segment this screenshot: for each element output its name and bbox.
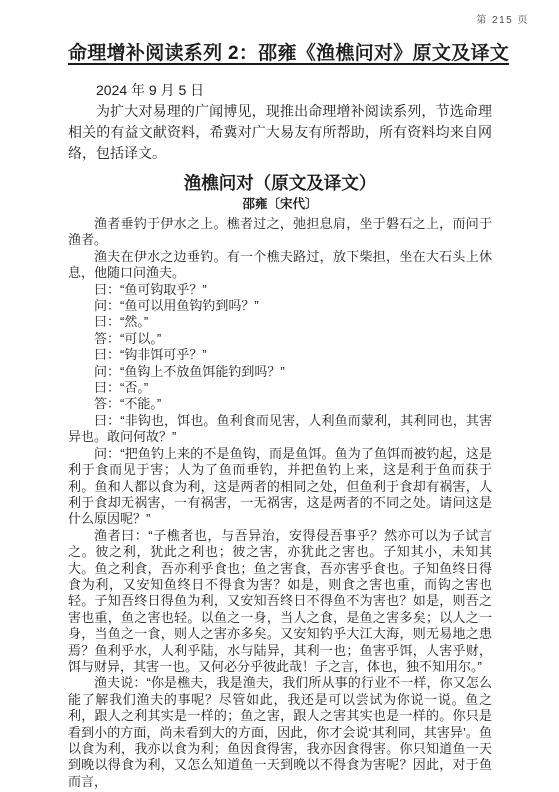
article-paragraph: 渔者曰：“子樵者也，与吾异治，安得侵吾事乎？然亦可以为子试言之。彼之利，犹此之利…: [68, 528, 492, 676]
article-paragraph: 曰：“否。”: [68, 380, 492, 396]
document-page: 命理增补阅读系列 2：邵雍《渔樵问对》原文及译文 2024 年 9 月 5 日 …: [0, 41, 559, 790]
article-paragraph: 问：“鱼钩上不放鱼饵能钓到吗？”: [68, 364, 492, 380]
page-number: 第 215 页: [476, 11, 529, 26]
article-title: 渔樵问对（原文及译文）: [68, 171, 492, 195]
article-paragraph: 渔夫说：“你是樵夫，我是渔夫，我们所从事的行业不一样，你又怎么能了解我们渔夫的事…: [68, 675, 492, 790]
intro-paragraph: 为扩大对易理的广闻博见，现推出命理增补阅读系列，节选命理相关的有益文献资料，希冀…: [68, 101, 492, 164]
article-paragraph: 曰：“非钩也，饵也。鱼利食而见害，人利鱼而蒙利，其利同也，其害异也。敢问何故？”: [68, 413, 492, 446]
article-paragraph: 答：“不能。”: [68, 396, 492, 412]
article-paragraph: 曰：“钩非饵可乎？”: [68, 347, 492, 363]
article-body: 渔者垂钓于伊水之上。樵者过之，弛担息肩，坐于磐石之上，而问于渔者。渔夫在伊水之边…: [68, 216, 492, 790]
article-paragraph: 曰：“鱼可钩取乎？”: [68, 282, 492, 298]
article-paragraph: 曰：“然。”: [68, 314, 492, 330]
article-author: 邵雍〔宋代〕: [68, 196, 492, 213]
article-paragraph: 渔者垂钓于伊水之上。樵者过之，弛担息肩，坐于磐石之上，而问于渔者。: [68, 216, 492, 249]
publish-date: 2024 年 9 月 5 日: [68, 80, 492, 101]
document-title: 命理增补阅读系列 2：邵雍《渔樵问对》原文及译文: [68, 41, 492, 66]
article-paragraph: 答：“可以。”: [68, 331, 492, 347]
article-paragraph: 问：“把鱼钓上来的不是鱼钩，而是鱼饵。鱼为了鱼饵而被钓起，这是利于食而见于害；人…: [68, 446, 492, 528]
article-paragraph: 渔夫在伊水之边垂钓。有一个樵夫路过，放下柴担，坐在大石头上休息，他随口问渔夫。: [68, 249, 492, 282]
article-paragraph: 问：“鱼可以用鱼钩钓到吗？”: [68, 298, 492, 314]
